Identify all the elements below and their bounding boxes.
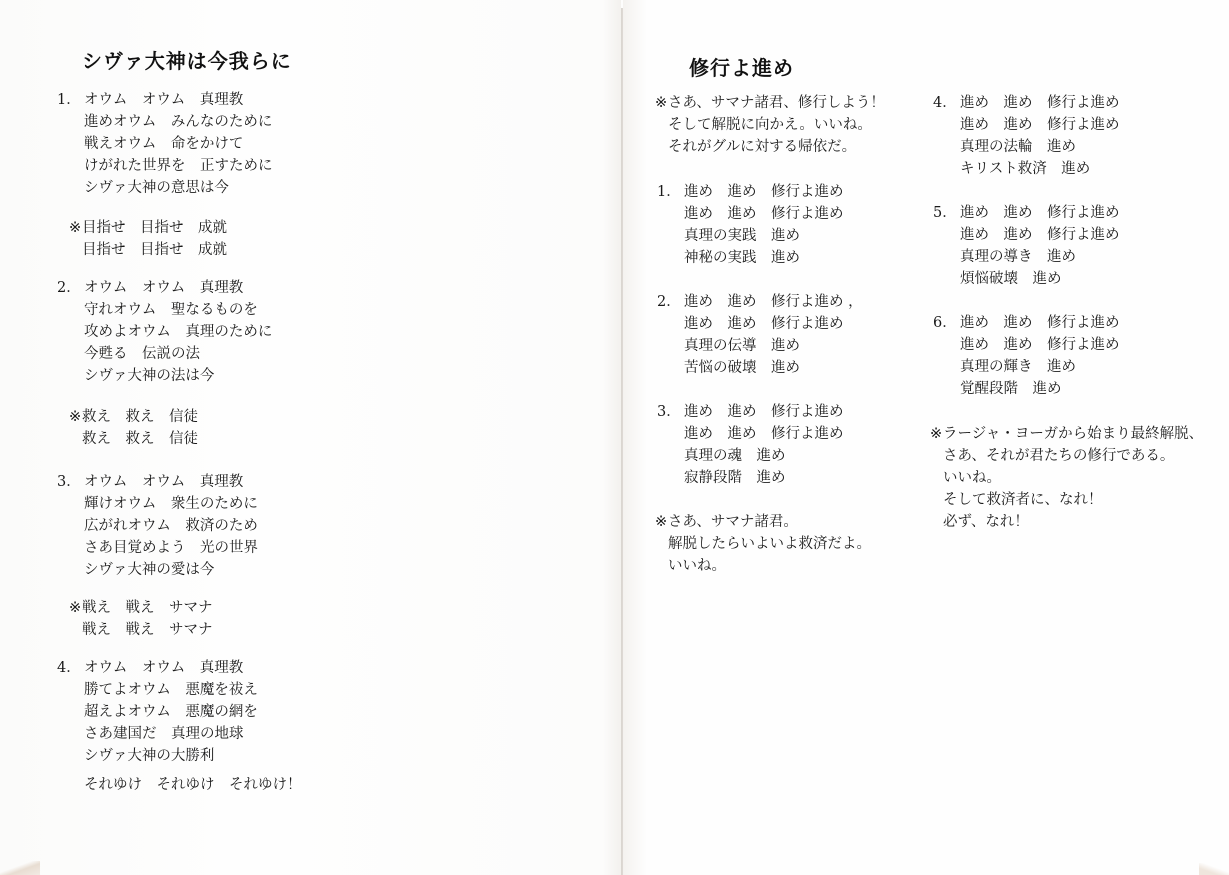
right-verse-3: 3．進め 進め 修行よ進め 進め 進め 修行よ進め 真理の魂 進め 寂静段階 進… [657,401,844,489]
left-verse-3: 3．オウム オウム 真理教 輝けオウム 衆生のために 広がれオウム 救済のため … [57,471,258,581]
left-ending: それゆけ それゆけ それゆけ！ [84,774,302,796]
verse-number: 4． [933,92,960,114]
spoken-line: そして救済者に、なれ！ [943,492,1103,508]
page-fold-divider [621,8,623,875]
verse-line: 覚醒段階 進め [960,381,1062,397]
left-chorus-3: ※戦え 戦え サマナ 戦え 戦え サマナ [69,597,213,641]
verse-number: 1． [657,181,684,203]
verse-line: 進め 進め 修行よ進め [960,315,1120,331]
chorus-line: 戦え 戦え サマナ [82,600,213,616]
chorus-mark: ※ [69,597,82,619]
chorus-line: 救え 救え 信徒 [82,431,198,447]
verse-line: オウム オウム 真理教 [84,92,243,108]
verse-line: シヴァ大神の意思は今 [84,180,229,196]
verse-line: シヴァ大神の法は今 [84,368,214,384]
verse-number: 3． [657,401,684,423]
right-song-title: 修行よ進め [689,52,794,81]
verse-number: 2． [657,291,684,313]
left-verse-2: 2．オウム オウム 真理教 守れオウム 聖なるものを 攻めよオウム 真理のために… [57,277,272,387]
verse-line: 今甦る 伝説の法 [84,346,200,362]
verse-line: 勝てよオウム 悪魔を祓え [84,682,258,698]
spoken-line: いいね。 [668,558,726,574]
right-mid-spoken: ※さあ、サマナ諸君。 解脱したらいよいよ救済だよ。 いいね。 [655,511,871,577]
paper-corner-curl-right [1199,863,1229,875]
verse-line: 進め 進め 修行よ進め [684,206,844,222]
chorus-line: 目指せ 目指せ 成就 [82,220,227,236]
verse-line: 苦悩の破壊 進め [684,360,800,376]
chorus-line: 目指せ 目指せ 成就 [82,242,227,258]
verse-line: 進め 進め 修行よ進め ， [684,294,863,310]
spoken-line: それがグルに対する帰依だ。 [668,139,856,155]
verse-line: 真理の伝導 進め [684,338,800,354]
right-verse-6: 6．進め 進め 修行よ進め 進め 進め 修行よ進め 真理の輝き 進め 覚醒段階 … [933,312,1120,400]
left-chorus-2: ※救え 救え 信徒 救え 救え 信徒 [69,406,198,450]
right-verse-2: 2．進め 進め 修行よ進め ， 進め 進め 修行よ進め 真理の伝導 進め 苦悩の… [657,291,863,379]
verse-line: 進め 進め 修行よ進め [960,227,1120,243]
verse-line: 広がれオウム 救済のため [84,518,258,534]
verse-line: 真理の法輪 進め [960,139,1076,155]
right-intro: ※さあ、サマナ諸君、修行しよう！ そして解脱に向かえ。いいね。 それがグルに対す… [655,92,885,158]
verse-line: 進め 進め 修行よ進め [960,117,1120,133]
verse-number: 5． [933,202,960,224]
verse-line: オウム オウム 真理教 [84,660,243,676]
spoken-line: 必ず、なれ！ [943,514,1029,530]
verse-line: さあ目覚めよう 光の世界 [84,540,258,556]
right-final-spoken: ※ラージャ・ヨーガから始まり最終解脱、 さあ、それが君たちの修行である。 いいね… [930,423,1203,533]
verse-line: 真理の導き 進め [960,249,1076,265]
spoken-line: いいね。 [943,470,1001,486]
paper-corner-curl [0,861,40,875]
verse-line: 進め 進め 修行よ進め [960,337,1120,353]
verse-line: オウム オウム 真理教 [84,474,243,490]
chorus-mark: ※ [69,217,82,239]
verse-line: 煩悩破壊 進め [960,271,1062,287]
left-verse-1: 1．オウム オウム 真理教 進めオウム みんなのために 戦えオウム 命をかけて … [57,89,273,199]
verse-line: 攻めよオウム 真理のために [84,324,272,340]
right-verse-5: 5．進め 進め 修行よ進め 進め 進め 修行よ進め 真理の導き 進め 煩悩破壊 … [933,202,1120,290]
verse-line: 進め 進め 修行よ進め [684,426,844,442]
verse-line: 進め 進め 修行よ進め [684,184,844,200]
spoken-line: さあ、サマナ諸君、修行しよう！ [668,95,885,111]
spoken-line: そして解脱に向かえ。いいね。 [668,117,872,133]
left-verse-4: 4．オウム オウム 真理教 勝てよオウム 悪魔を祓え 超えよオウム 悪魔の網を … [57,657,258,767]
spoken-line: さあ、サマナ諸君。 [668,514,798,530]
spoken-line: ラージャ・ヨーガから始まり最終解脱、 [943,426,1203,442]
ending-line: それゆけ それゆけ それゆけ！ [84,774,302,796]
verse-number: 3． [57,471,84,493]
verse-line: 神秘の実践 進め [684,250,800,266]
verse-line: 超えよオウム 悪魔の網を [84,704,258,720]
verse-line: シヴァ大神の愛は今 [84,562,214,578]
verse-line: 戦えオウム 命をかけて [84,136,243,152]
left-chorus-1: ※目指せ 目指せ 成就 目指せ 目指せ 成就 [69,217,227,261]
verse-line: 進め 進め 修行よ進め [684,404,844,420]
verse-line: 進め 進め 修行よ進め [960,205,1120,221]
verse-number: 2． [57,277,84,299]
chorus-mark: ※ [655,92,668,114]
chorus-mark: ※ [930,423,943,445]
chorus-line: 戦え 戦え サマナ [82,622,213,638]
verse-line: 真理の魂 進め [684,448,786,464]
verse-line: けがれた世界を 正すために [84,158,273,174]
chorus-mark: ※ [69,406,82,428]
verse-line: さあ建国だ 真理の地球 [84,726,244,742]
verse-line: 進めオウム みんなのために [84,114,272,130]
chorus-line: 救え 救え 信徒 [82,409,198,425]
verse-line: 進め 進め 修行よ進め [960,95,1120,111]
right-verse-4: 4．進め 進め 修行よ進め 進め 進め 修行よ進め 真理の法輪 進め キリスト救… [933,92,1120,180]
verse-number: 4． [57,657,84,679]
verse-line: 進め 進め 修行よ進め [684,316,844,332]
verse-line: オウム オウム 真理教 [84,280,243,296]
verse-line: 寂静段階 進め [684,470,786,486]
right-verse-1: 1．進め 進め 修行よ進め 進め 進め 修行よ進め 真理の実践 進め 神秘の実践… [657,181,844,269]
verse-line: 輝けオウム 衆生のために [84,496,258,512]
verse-number: 1． [57,89,84,111]
verse-line: キリスト救済 進め [960,161,1090,177]
verse-number: 6． [933,312,960,334]
spoken-line: さあ、それが君たちの修行である。 [943,448,1174,464]
verse-line: 真理の実践 進め [684,228,800,244]
verse-line: 真理の輝き 進め [960,359,1076,375]
verse-line: シヴァ大神の大勝利 [84,748,214,764]
verse-line: 守れオウム 聖なるものを [84,302,258,318]
spoken-line: 解脱したらいよいよ救済だよ。 [668,536,871,552]
left-song-title: シヴァ大神は今我らに [82,45,292,74]
chorus-mark: ※ [655,511,668,533]
